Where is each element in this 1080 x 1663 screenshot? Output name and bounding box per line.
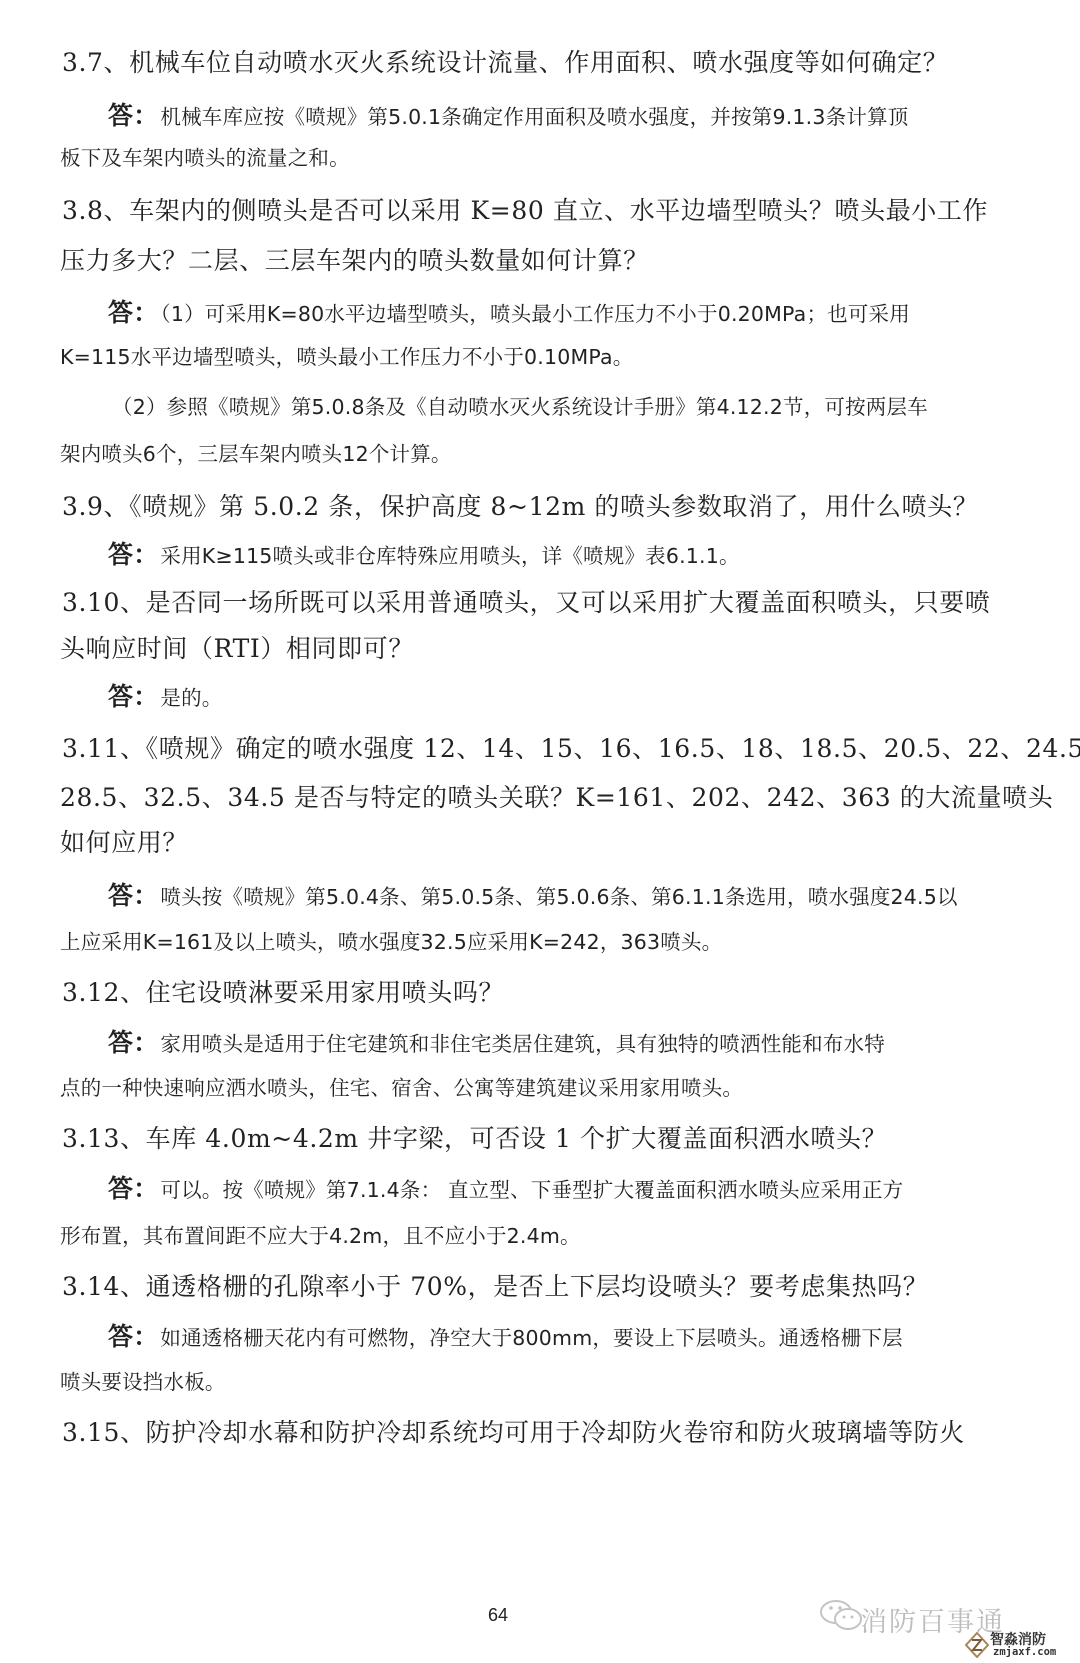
question-3-15-line-1: 3.15、防护冷却水幕和防护冷却系统均可用于冷却防火卷帘和防火玻璃墙等防火 (62, 1420, 965, 1445)
wechat-icon (818, 1598, 866, 1634)
answer-label: 答： (108, 881, 158, 910)
answer-label: 答： (108, 298, 158, 327)
answer-3-12-line-1: 答：家用喷头是适用于住宅建筑和非住宅类居住建筑，具有独特的喷洒性能和布水特 (108, 1030, 885, 1055)
answer-3-10: 答：是的。 (108, 684, 223, 709)
answer-3-7-line-1: 答：机械车库应按《喷规》第5.0.1条确定作用面积及喷水强度，并按第9.1.3条… (108, 103, 908, 128)
question-3-8-line-2: 压力多大？二层、三层车架内的喷头数量如何计算？ (60, 248, 649, 273)
answer-3-8-part-2-line-1: （2）参照《喷规》第5.0.8条及《自动喷水灭火系统设计手册》第4.12.2节，… (112, 397, 928, 418)
question-3-11-line-2: 28.5、32.5、34.5 是否与特定的喷头关联？K=161、202、242、… (60, 785, 1053, 810)
question-3-13: 3.13、车库 4.0m~4.2m 井字梁，可否设 1 个扩大覆盖面积洒水喷头？ (62, 1126, 887, 1151)
question-3-14: 3.14、通透格栅的孔隙率小于 70%，是否上下层均设喷头？要考虑集热吗？ (62, 1274, 928, 1299)
brand-logo-icon (965, 1632, 989, 1658)
answer-3-12-line-2: 点的一种快速响应洒水喷头，住宅、宿舍、公寓等建筑建议采用家用喷头。 (60, 1078, 743, 1099)
question-3-9: 3.9、《喷规》第 5.0.2 条，保护高度 8~12m 的喷头参数取消了，用什… (62, 494, 978, 519)
answer-3-9: 答：采用K≥115喷头或非仓库特殊应用喷头，详《喷规》表6.1.1。 (108, 542, 740, 567)
answer-label: 答： (108, 540, 158, 569)
answer-3-13-line-1: 答：可以。按《喷规》第7.1.4条： 直立型、下垂型扩大覆盖面积洒水喷头应采用正… (108, 1176, 903, 1201)
question-3-10-line-2: 头响应时间（RTI）相同即可？ (60, 636, 414, 661)
answer-3-11-line-2: 上应采用K=161及以上喷头，喷水强度32.5应采用K=242，363喷头。 (60, 932, 722, 953)
answer-label: 答： (108, 1028, 158, 1057)
answer-3-7-line-2: 板下及车架内喷头的流量之和。 (60, 148, 350, 169)
answer-3-8-line-1: 答：（1）可采用K=80水平边墙型喷头，喷头最小工作压力不小于0.20MPa；也… (108, 300, 910, 325)
answer-3-8-part-2-line-2: 架内喷头6个，三层车架内喷头12个计算。 (60, 444, 452, 465)
question-3-12: 3.12、住宅设喷淋要采用家用喷头吗？ (62, 980, 504, 1005)
page-number: 64 (488, 1605, 508, 1626)
answer-label: 答： (108, 682, 158, 711)
document-page: 3.7、机械车位自动喷水灭火系统设计流量、作用面积、喷水强度等如何确定？ 答：机… (0, 0, 1080, 1663)
question-3-10-line-1: 3.10、是否同一场所既可以采用普通喷头，又可以采用扩大覆盖面积喷头，只要喷 (62, 590, 990, 615)
answer-label: 答： (108, 1174, 158, 1203)
answer-3-14-line-2: 喷头要设挡水板。 (60, 1372, 226, 1393)
site-watermark: zmjaxf.com (993, 1646, 1056, 1658)
answer-3-13-line-2: 形布置，其布置间距不应大于4.2m，且不应小于2.4m。 (60, 1226, 581, 1247)
answer-3-8-line-2: K=115水平边墙型喷头，喷头最小工作压力不小于0.10MPa。 (60, 347, 633, 368)
question-3-7-line-1: 3.7、机械车位自动喷水灭火系统设计流量、作用面积、喷水强度等如何确定？ (62, 50, 948, 75)
answer-3-14-line-1: 答：如通透格栅天花内有可燃物，净空大于800mm，要设上下层喷头。通透格栅下层 (108, 1324, 903, 1349)
question-3-11-line-1: 3.11、《喷规》确定的喷水强度 12、14、15、16、16.5、18、18.… (62, 736, 1080, 761)
question-3-11-line-3: 如何应用？ (60, 830, 188, 855)
question-3-8-line-1: 3.8、车架内的侧喷头是否可以采用 K=80 直立、水平边墙型喷头？喷头最小工作 (62, 198, 988, 223)
answer-label: 答： (108, 1322, 158, 1351)
answer-label: 答： (108, 101, 158, 130)
answer-3-11-line-1: 答：喷头按《喷规》第5.0.4条、第5.0.5条、第5.0.6条、第6.1.1条… (108, 883, 958, 908)
